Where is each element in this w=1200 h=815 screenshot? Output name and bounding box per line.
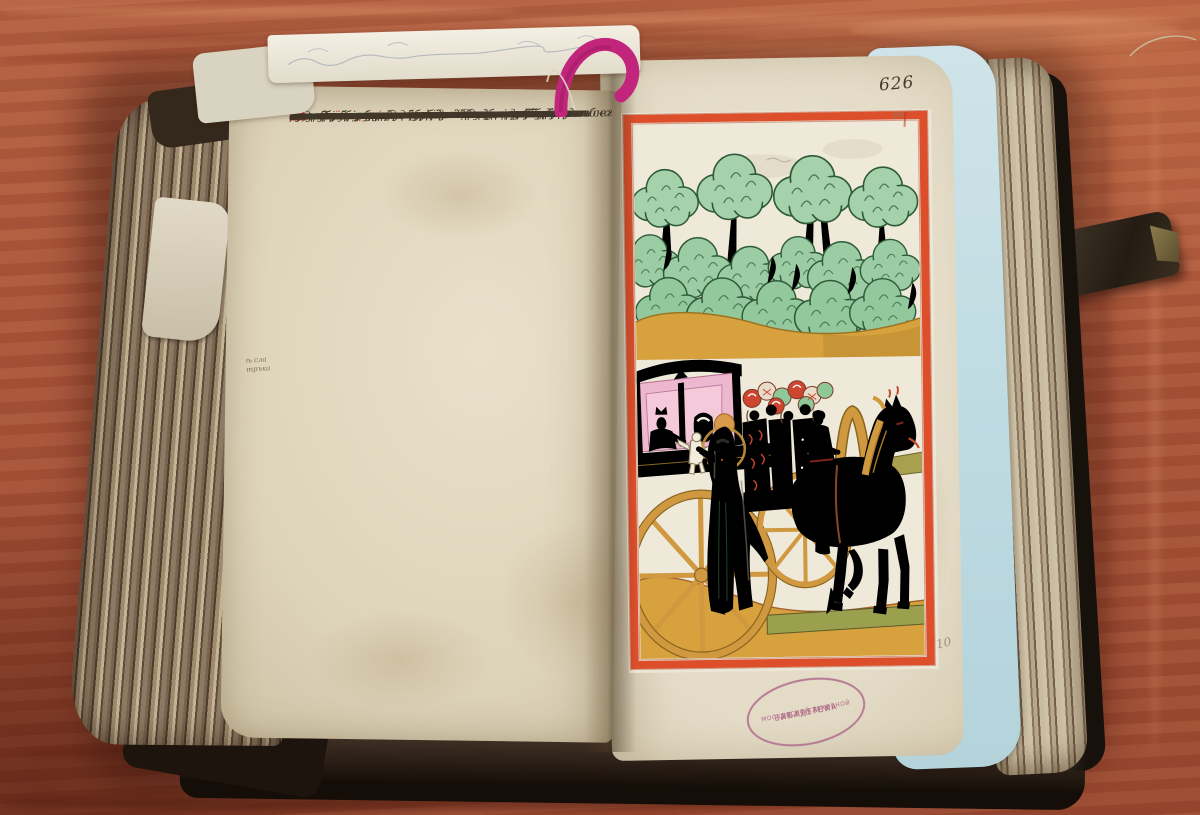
manuscript-text-block: сопротивнымъ странамъ страшенъ будетъ. и… [289,102,619,715]
folio-number: 626 [878,72,915,95]
stamp-line: АКАДЕМІИ [779,703,832,722]
wagon-wheel-large [625,489,777,661]
photograph-of-open-manuscript: сопротивнымъ странамъ страшенъ будетъ. и… [0,0,1200,815]
wood-grain-streak [1150,80,1160,760]
gutter-shadow [584,62,636,752]
miniature-content [620,121,928,661]
margin-note: ѣ сла тръка [245,355,270,374]
scribble-line [288,45,584,67]
stray-fiber [1128,26,1198,62]
miniature-painting [620,108,940,674]
ribbon-bookmark [545,22,645,117]
margin-note-line: тръка [246,364,271,374]
rider-boot [815,529,830,554]
torn-page-flap [141,196,231,343]
wood-grain-streak [0,6,520,16]
manuscript-text: приклонятися сущимъ снею женамъ тѣмо [289,103,571,126]
